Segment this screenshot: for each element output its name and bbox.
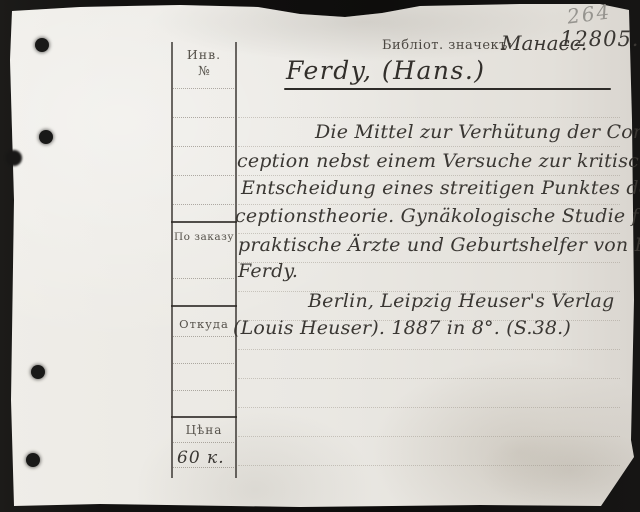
author-underline-rule xyxy=(284,88,611,90)
author-heading: Ferdy, (Hans.) xyxy=(286,56,486,85)
ruled-line xyxy=(173,175,234,176)
ruled-line xyxy=(238,349,620,350)
title-line: Entscheidung eines streitigen Punktes de… xyxy=(241,177,640,199)
title-line: ceptionstheorie. Gynäkologische Studie f… xyxy=(235,205,640,227)
ruled-line xyxy=(173,278,234,279)
title-line: Ferdy. xyxy=(238,260,298,282)
library-stamp-number: 12805. xyxy=(560,27,639,51)
imprint-line: Berlin, Leipzig Heuser's Verlag xyxy=(308,290,614,312)
ruled-line xyxy=(173,204,234,205)
ruled-line xyxy=(238,436,620,437)
ruled-line xyxy=(238,117,620,118)
ruled-line xyxy=(238,378,620,379)
ruled-line xyxy=(238,175,620,176)
column-section-divider xyxy=(171,221,237,223)
column-section-divider xyxy=(171,305,237,307)
ruled-line xyxy=(238,465,620,466)
ruled-line xyxy=(173,336,234,337)
price-value: 60 к. xyxy=(177,448,225,468)
ruled-line xyxy=(173,390,234,391)
title-line: praktische Ärzte und Geburtshelfer von H… xyxy=(238,234,640,256)
imprint-line: (Louis Heuser). 1887 in 8°. (S.38.) xyxy=(233,317,571,339)
title-line: Die Mittel zur Verhütung der Con- xyxy=(315,121,640,143)
origin-label: Откуда xyxy=(172,317,236,331)
inventory-label: Инв. xyxy=(172,47,236,62)
ruled-line xyxy=(173,88,234,89)
price-label: Цѣна xyxy=(172,423,236,437)
ruled-line xyxy=(173,442,234,443)
punch-hole xyxy=(35,38,49,52)
by-order-label: По заказу xyxy=(172,231,236,243)
column-left-border xyxy=(171,42,173,478)
scan-edge-notch xyxy=(6,150,22,166)
ruled-line xyxy=(238,407,620,408)
library-stamp-label: Библіот. значекъ: xyxy=(382,38,513,53)
punch-hole xyxy=(31,365,45,379)
punch-hole xyxy=(39,130,53,144)
ruled-line xyxy=(238,146,620,147)
ruled-line xyxy=(173,117,234,118)
punch-hole xyxy=(26,453,40,467)
ruled-line xyxy=(173,146,234,147)
column-right-border xyxy=(235,42,237,478)
column-section-divider xyxy=(171,416,237,418)
title-line: ception nebst einem Versuche zur kritisc… xyxy=(237,150,640,172)
scanned-catalog-card: Инв. № По заказу Откуда Цѣна 60 к. Библі… xyxy=(0,0,640,512)
inventory-number-sign: № xyxy=(172,63,236,78)
ruled-line xyxy=(173,363,234,364)
